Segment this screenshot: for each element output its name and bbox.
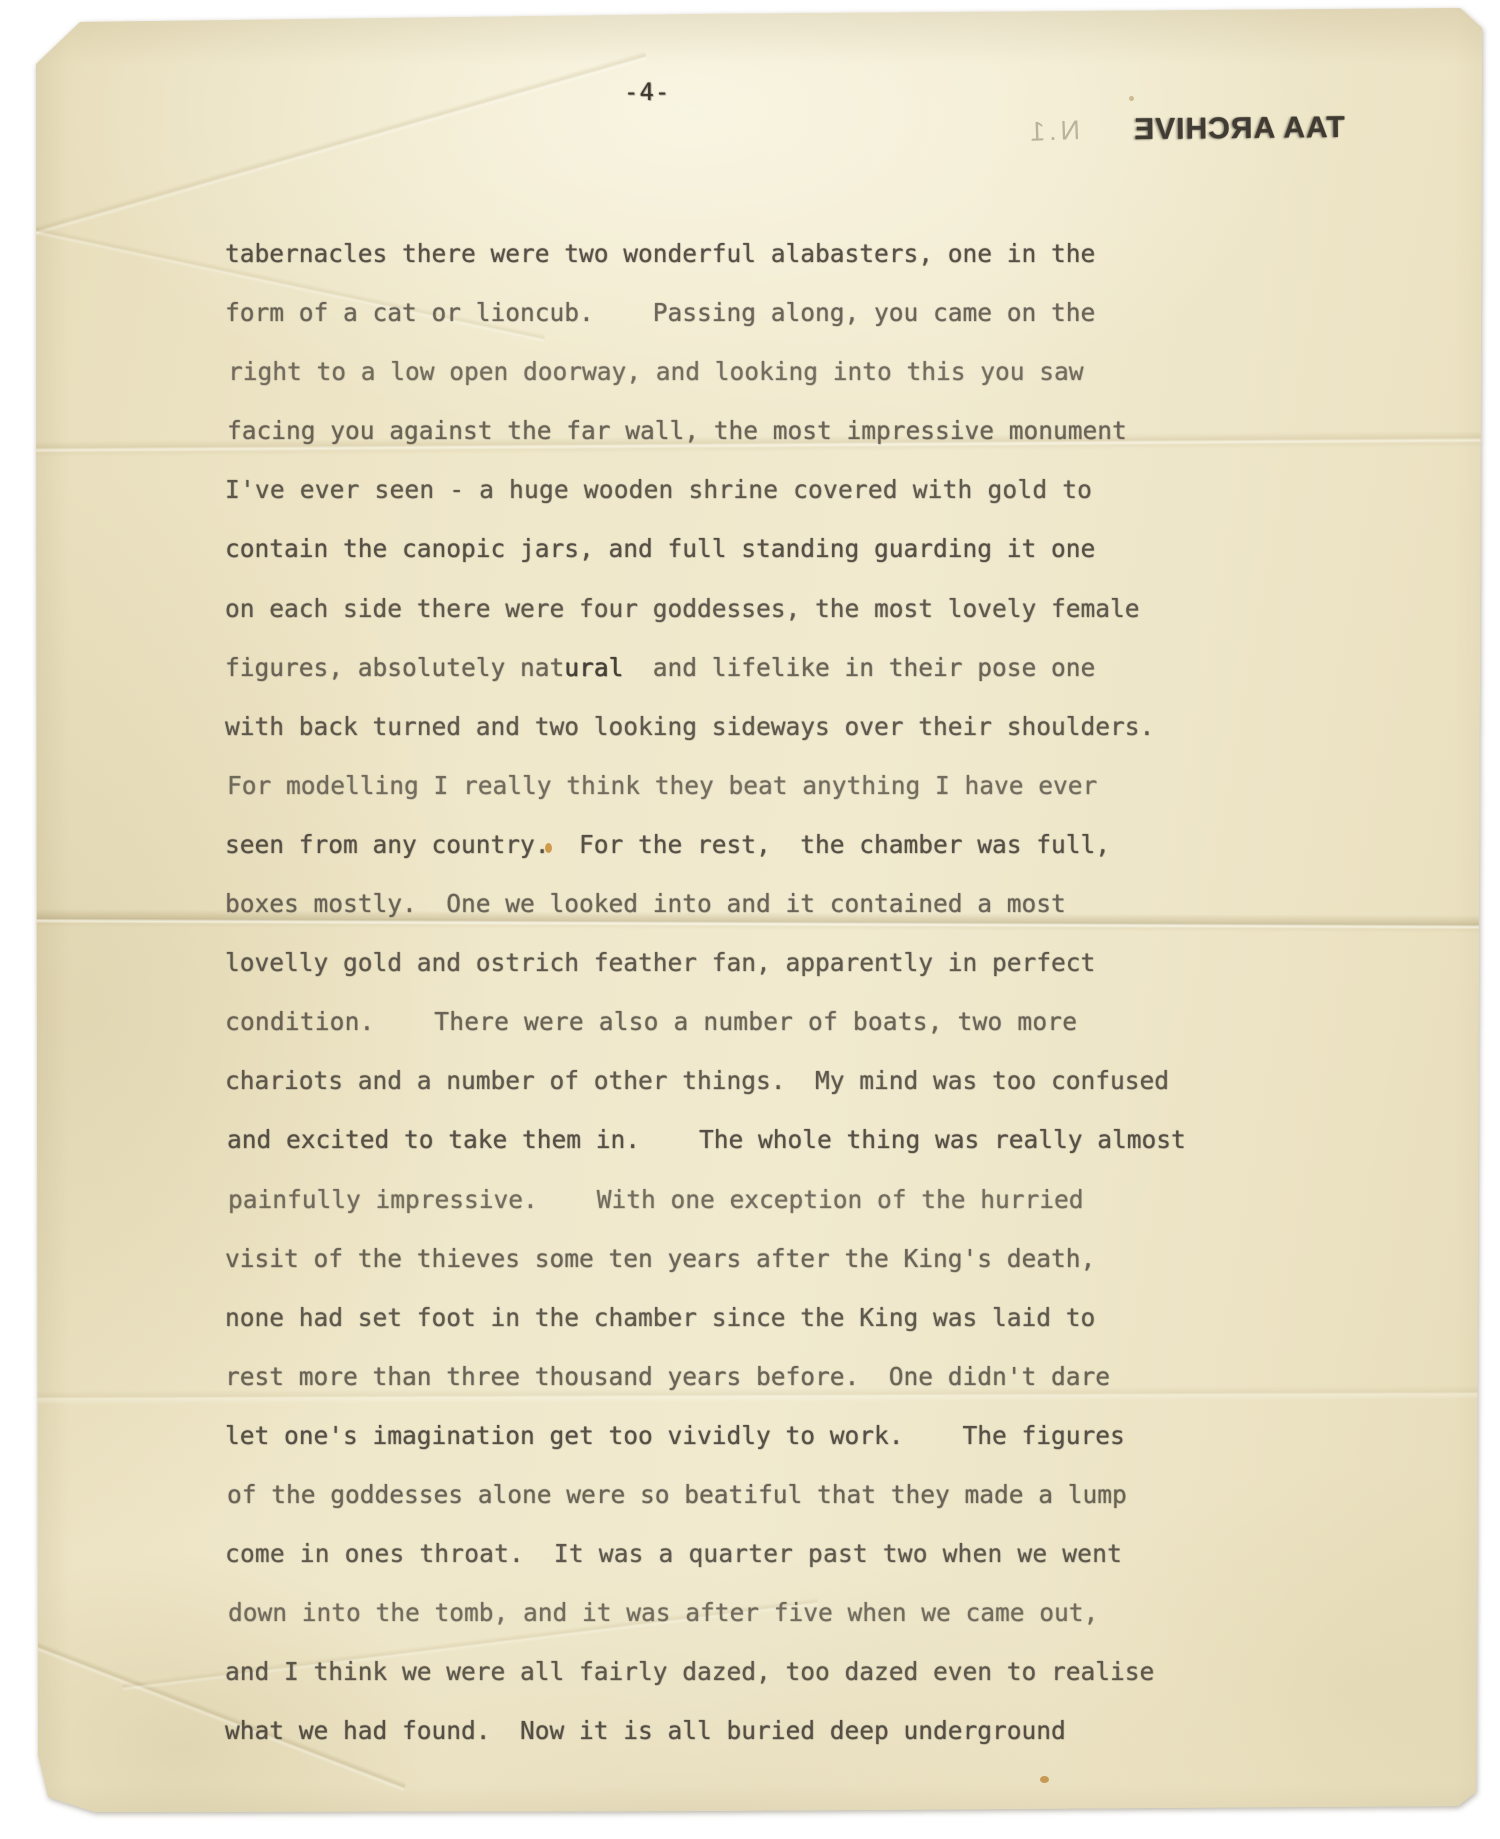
- typed-lines: tabernacles there were two wonderful ala…: [225, 224, 1184, 1760]
- typed-line: what we had found. Now it is all buried …: [225, 1701, 1184, 1760]
- typed-line: contain the canopic jars, and full stand…: [225, 519, 1184, 578]
- scan-background: -4- N.1 TAA ARCHIVE tabernacles there we…: [0, 0, 1500, 1839]
- typed-line: with back turned and two looking sideway…: [225, 697, 1184, 756]
- typed-line: visit of the thieves some ten years afte…: [225, 1229, 1184, 1288]
- typed-line: seen from any country. For the rest, the…: [225, 815, 1184, 874]
- typed-line: let one's imagination get too vividly to…: [225, 1406, 1184, 1465]
- archive-stamp-text: TAA ARCHIVE: [1133, 111, 1345, 147]
- paper-shadow: -4- N.1 TAA ARCHIVE tabernacles there we…: [0, 0, 1500, 1839]
- typed-line: down into the tomb, and it was after fiv…: [228, 1583, 1187, 1642]
- typed-line: right to a low open doorway, and looking…: [228, 342, 1187, 401]
- typed-line: figures, absolutely natural and lifelike…: [225, 638, 1184, 697]
- stamp-faint-mark: N.1: [1007, 114, 1098, 148]
- typed-line: form of a cat or lioncub. Passing along,…: [225, 283, 1184, 342]
- typed-line: of the goddesses alone were so beatiful …: [227, 1465, 1186, 1524]
- typed-line: facing you against the far wall, the mos…: [227, 401, 1186, 460]
- typed-line: and I think we were all fairly dazed, to…: [225, 1642, 1184, 1701]
- typed-line: chariots and a number of other things. M…: [225, 1051, 1184, 1110]
- typed-line: lovelly gold and ostrich feather fan, ap…: [225, 933, 1184, 992]
- typed-line: painfully impressive. With one exception…: [228, 1170, 1187, 1229]
- letter-page: -4- N.1 TAA ARCHIVE tabernacles there we…: [0, 0, 1500, 1839]
- ink-stain: [1129, 96, 1134, 101]
- typed-line: come in ones throat. It was a quarter pa…: [225, 1524, 1184, 1583]
- typed-line: and excited to take them in. The whole t…: [227, 1110, 1186, 1169]
- typed-line: tabernacles there were two wonderful ala…: [225, 224, 1184, 283]
- typed-line: none had set foot in the chamber since t…: [225, 1288, 1184, 1347]
- typed-line: condition. There were also a number of b…: [225, 992, 1184, 1051]
- retyped-text: ural: [564, 653, 623, 682]
- ink-stain: [1040, 1776, 1049, 1783]
- typed-line: boxes mostly. One we looked into and it …: [225, 874, 1184, 933]
- page-number: -4-: [624, 78, 670, 106]
- typed-line: rest more than three thousand years befo…: [225, 1347, 1184, 1406]
- typed-line: I've ever seen - a huge wooden shrine co…: [225, 460, 1184, 519]
- typed-line: on each side there were four goddesses, …: [225, 579, 1184, 638]
- typed-line: For modelling I really think they beat a…: [227, 756, 1186, 815]
